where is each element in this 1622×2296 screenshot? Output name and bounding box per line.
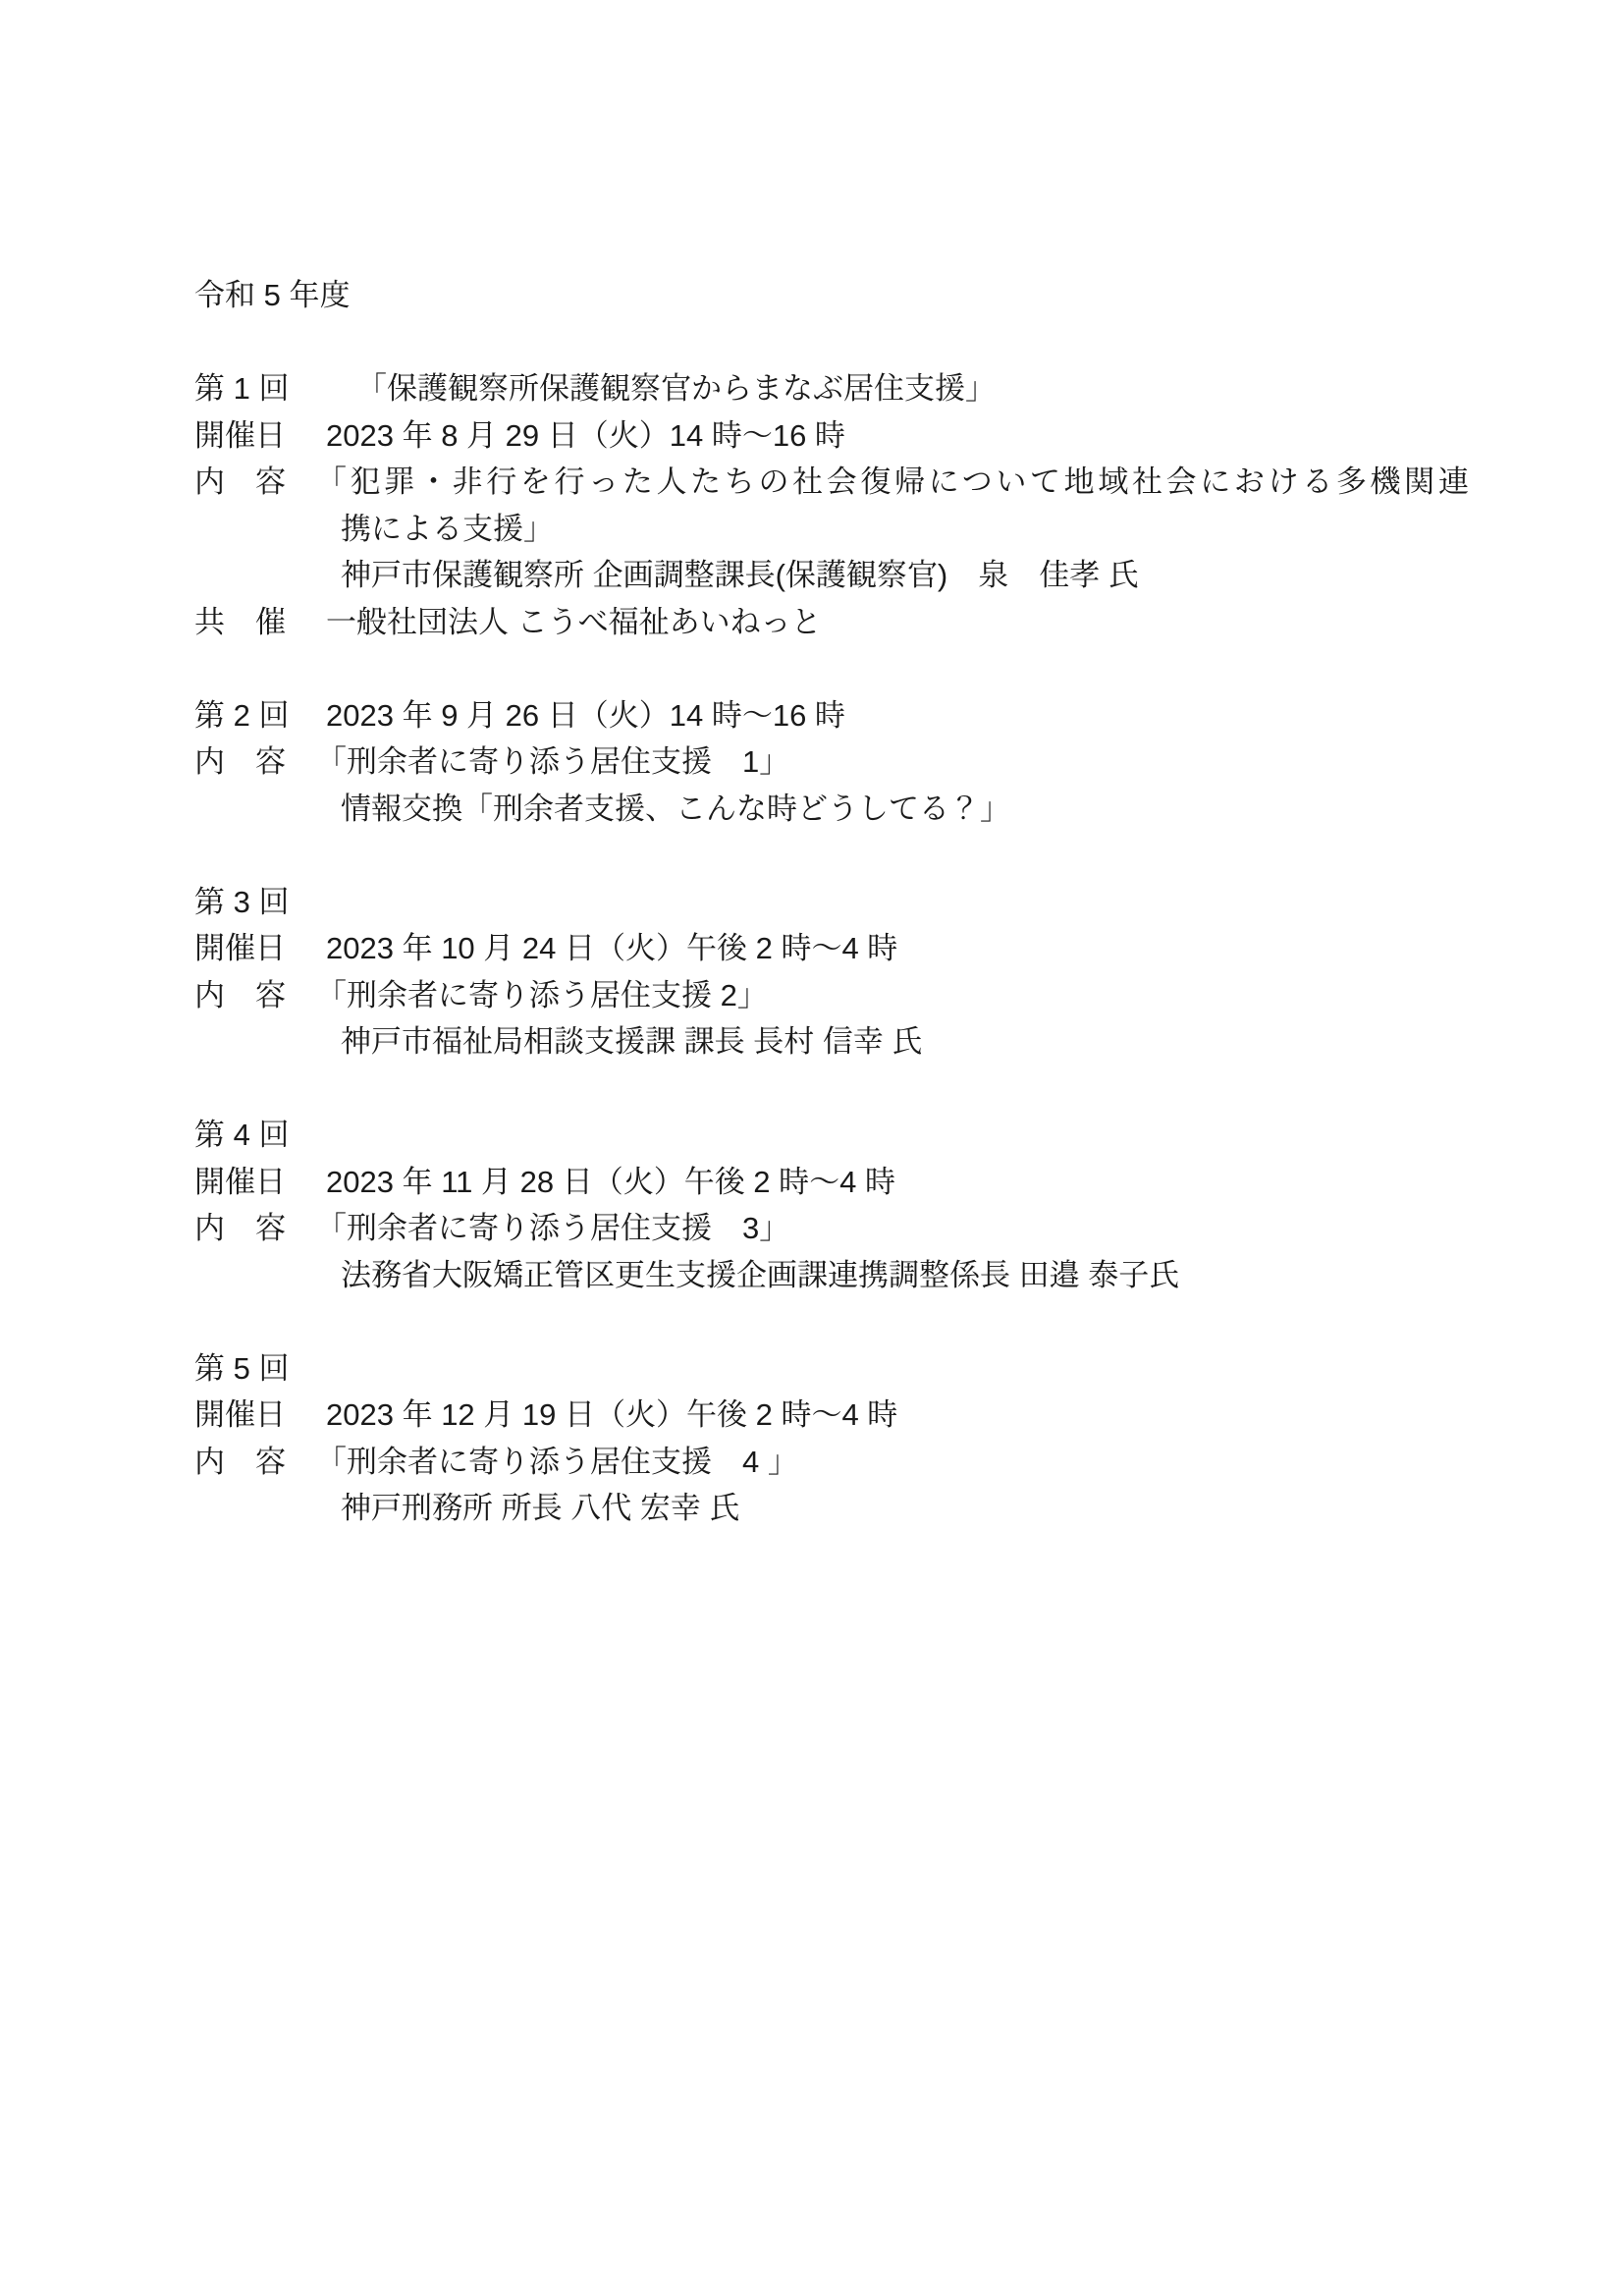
blank-line bbox=[194, 1066, 1563, 1113]
session-4-line: 法務省大阪矯正管区更生支援企画課連携調整係長 田邉 泰子氏 bbox=[194, 1252, 1563, 1299]
session-3-line: 内 容「刑余者に寄り添う居住支援 2」 bbox=[194, 972, 1563, 1019]
session-5-line: 開催日2023 年 12 月 19 日（火）午後 2 時～4 時 bbox=[194, 1392, 1563, 1439]
line-label: 内 容 bbox=[194, 972, 286, 1019]
line-label: 開催日 bbox=[194, 412, 286, 460]
session-4-line: 開催日2023 年 11 月 28 日（火）午後 2 時～4 時 bbox=[194, 1159, 1563, 1206]
session-1-line: 携による支援」 bbox=[194, 506, 1563, 553]
session-1-line: 開催日2023 年 8 月 29 日（火）14 時～16 時 bbox=[194, 412, 1563, 460]
line-label: 第 4 回 bbox=[194, 1112, 289, 1159]
session-5-line: 神戸刑務所 所長 八代 宏幸 氏 bbox=[194, 1485, 1563, 1532]
line-text: 「刑余者に寄り添う居住支援 4 」 bbox=[316, 1439, 798, 1486]
line-label: 内 容 bbox=[194, 1439, 286, 1486]
line-text: 「刑余者に寄り添う居住支援 1」 bbox=[316, 738, 789, 786]
session-2-line: 内 容「刑余者に寄り添う居住支援 1」 bbox=[194, 738, 1563, 786]
blank-line bbox=[194, 832, 1563, 879]
line-label: 第 2 回 bbox=[194, 692, 289, 739]
session-1-line: 内 容「犯罪・非行を行った人たちの社会復帰について地域社会における多機関連 bbox=[194, 459, 1563, 506]
line-label: 第 1 回 bbox=[194, 365, 289, 412]
line-text: 一般社団法人 こうべ福祉あいねっと bbox=[326, 599, 822, 646]
session-5-line: 内 容「刑余者に寄り添う居住支援 4 」 bbox=[194, 1439, 1563, 1486]
session-3-line: 神戸市福祉局相談支援課 課長 長村 信幸 氏 bbox=[194, 1018, 1563, 1066]
blank-line bbox=[194, 1298, 1563, 1345]
line-text: 神戸市保護観察所 企画調整課長(保護観察官) 泉 佳孝 氏 bbox=[341, 552, 1139, 599]
line-text: 2023 年 9 月 26 日（火）14 時～16 時 bbox=[326, 692, 845, 739]
session-2-line: 第 2 回2023 年 9 月 26 日（火）14 時～16 時 bbox=[194, 692, 1563, 739]
line-label: 開催日 bbox=[194, 1159, 286, 1206]
line-text: 神戸市福祉局相談支援課 課長 長村 信幸 氏 bbox=[341, 1018, 922, 1066]
line-text: 情報交換「刑余者支援、こんな時どうしてる？」 bbox=[341, 786, 1010, 833]
line-text: 「刑余者に寄り添う居住支援 3」 bbox=[316, 1205, 789, 1252]
session-5-line: 第 5 回 bbox=[194, 1345, 1563, 1393]
session-4-line: 第 4 回 bbox=[194, 1112, 1563, 1159]
fiscal-year-text: 令和 5 年度 bbox=[194, 272, 350, 319]
line-label: 開催日 bbox=[194, 925, 286, 972]
line-text: 2023 年 8 月 29 日（火）14 時～16 時 bbox=[326, 412, 845, 460]
fiscal-year-line: 令和 5 年度 bbox=[194, 272, 1563, 319]
line-label: 第 3 回 bbox=[194, 879, 289, 926]
line-text: 「刑余者に寄り添う居住支援 2」 bbox=[316, 972, 768, 1019]
line-text: 「犯罪・非行を行った人たちの社会復帰について地域社会における多機関連 bbox=[316, 459, 1472, 506]
line-text: 携による支援」 bbox=[341, 506, 554, 553]
session-3-line: 第 3 回 bbox=[194, 879, 1563, 926]
line-label: 共 催 bbox=[194, 599, 286, 646]
session-2-line: 情報交換「刑余者支援、こんな時どうしてる？」 bbox=[194, 786, 1563, 833]
line-label: 内 容 bbox=[194, 1205, 286, 1252]
line-text: 2023 年 12 月 19 日（火）午後 2 時～4 時 bbox=[326, 1392, 897, 1439]
line-label: 開催日 bbox=[194, 1392, 286, 1439]
line-text: 2023 年 11 月 28 日（火）午後 2 時～4 時 bbox=[326, 1159, 895, 1206]
line-label: 内 容 bbox=[194, 459, 286, 506]
session-1-line: 神戸市保護観察所 企画調整課長(保護観察官) 泉 佳孝 氏 bbox=[194, 552, 1563, 599]
blank-line bbox=[194, 319, 1563, 366]
line-text: 法務省大阪矯正管区更生支援企画課連携調整係長 田邉 泰子氏 bbox=[341, 1252, 1179, 1299]
line-text: 「保護観察所保護観察官からまなぶ居住支援」 bbox=[356, 365, 996, 412]
blank-line bbox=[194, 645, 1563, 692]
document-page: 令和 5 年度第 1 回「保護観察所保護観察官からまなぶ居住支援」開催日2023… bbox=[0, 0, 1622, 2296]
line-label: 第 5 回 bbox=[194, 1345, 289, 1393]
line-label: 内 容 bbox=[194, 738, 286, 786]
session-3-line: 開催日2023 年 10 月 24 日（火）午後 2 時～4 時 bbox=[194, 925, 1563, 972]
line-text: 神戸刑務所 所長 八代 宏幸 氏 bbox=[341, 1485, 739, 1532]
session-1-line: 共 催一般社団法人 こうべ福祉あいねっと bbox=[194, 599, 1563, 646]
line-text: 2023 年 10 月 24 日（火）午後 2 時～4 時 bbox=[326, 925, 897, 972]
session-1-line: 第 1 回「保護観察所保護観察官からまなぶ居住支援」 bbox=[194, 365, 1563, 412]
session-4-line: 内 容「刑余者に寄り添う居住支援 3」 bbox=[194, 1205, 1563, 1252]
